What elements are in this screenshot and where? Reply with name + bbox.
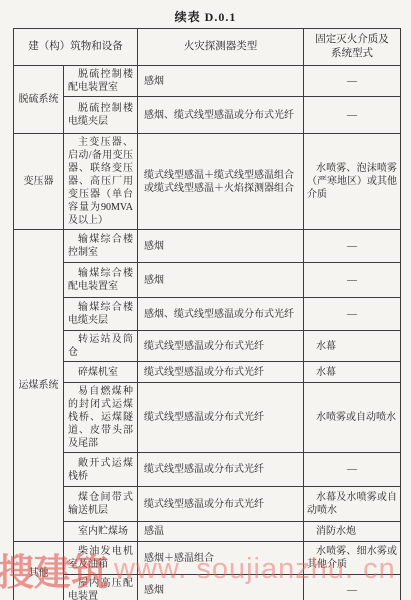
table-row: 室内贮煤场 感温 消防水炮 xyxy=(14,522,401,542)
item-cell: 室内贮煤场 xyxy=(64,522,138,542)
table-row: 碎煤机室 缆式线型感温或分布式光纤 水幕 xyxy=(14,362,401,383)
media-cell: — xyxy=(304,230,401,263)
table-row: 脱硫控制楼电缆夹层 感烟、缆式线型感温或分布式光纤 — xyxy=(14,97,401,134)
item-cell: 主变压器、启动/备用变压器、联络变压器、高压厂用变压器（单台容量为90MVA 及… xyxy=(64,134,138,230)
fire-protection-table: 建（构）筑物和设备 火灾探测器类型 固定灭火介质及系统型式 脱硫系统 脱硫控制楼… xyxy=(13,28,401,600)
media-cell: 消防水炮 xyxy=(304,522,401,542)
detector-cell: 感烟、缆式线型感温或分布式光纤 xyxy=(138,97,304,134)
table-row: 输煤综合楼配电装置室 感烟 — xyxy=(14,263,401,298)
media-cell: — xyxy=(304,97,401,134)
table-row: 易自燃煤种的封闭式运煤栈桥、运煤隧道、皮带头部及尾部 缆式线型感温或分布式光纤 … xyxy=(14,383,401,453)
table-row: 脱硫系统 脱硫控制楼配电装置室 感烟 — xyxy=(14,66,401,97)
media-cell: 水喷雾、细水雾或其他介质 xyxy=(304,542,401,575)
detector-cell: 感烟 xyxy=(138,230,304,263)
table-row: 屋内高压配电装置 感烟 — xyxy=(14,575,401,600)
detector-cell: 缆式线型感温或分布式光纤 xyxy=(138,383,304,453)
header-media: 固定灭火介质及系统型式 xyxy=(304,29,401,66)
detector-cell: 感烟 xyxy=(138,575,304,600)
media-cell: — xyxy=(304,298,401,331)
item-cell: 脱硫控制楼电缆夹层 xyxy=(64,97,138,134)
item-cell: 柴油发电机室及油箱 xyxy=(64,542,138,575)
item-cell: 转运站及筒仓 xyxy=(64,331,138,362)
detector-cell: 缆式线型感温或分布式光纤 xyxy=(138,331,304,362)
table-row: 变压器 主变压器、启动/备用变压器、联络变压器、高压厂用变压器（单台容量为90M… xyxy=(14,134,401,230)
item-cell: 输煤综合楼电缆夹层 xyxy=(64,298,138,331)
detector-cell: 感烟＋感温组合 xyxy=(138,542,304,575)
media-cell: 水喷雾、泡沫喷雾（严寒地区）或其他介质 xyxy=(304,134,401,230)
detector-cell: 感烟、缆式线型感温或分布式光纤 xyxy=(138,298,304,331)
header-detector: 火灾探测器类型 xyxy=(138,29,304,66)
item-cell: 敞开式运煤栈桥 xyxy=(64,453,138,487)
item-cell: 输煤综合楼控制室 xyxy=(64,230,138,263)
detector-cell: 缆式线型感温或分布式光纤 xyxy=(138,487,304,522)
header-row: 建（构）筑物和设备 火灾探测器类型 固定灭火介质及系统型式 xyxy=(14,29,401,66)
detector-cell: 感烟 xyxy=(138,66,304,97)
table-row: 输煤综合楼电缆夹层 感烟、缆式线型感温或分布式光纤 — xyxy=(14,298,401,331)
detector-cell: 缆式线型感温或分布式光纤 xyxy=(138,453,304,487)
item-cell: 易自燃煤种的封闭式运煤栈桥、运煤隧道、皮带头部及尾部 xyxy=(64,383,138,453)
table-title: 续表 D.0.1 xyxy=(0,8,411,25)
document-page: 续表 D.0.1 建（构）筑物和设备 火灾探测器类型 固定灭火介质及系统型式 脱… xyxy=(0,0,411,600)
detector-cell: 感温 xyxy=(138,522,304,542)
header-building: 建（构）筑物和设备 xyxy=(14,29,138,66)
item-cell: 碎煤机室 xyxy=(64,362,138,383)
media-cell: — xyxy=(304,263,401,298)
media-cell: 水幕及水喷雾或自动喷水 xyxy=(304,487,401,522)
detector-cell: 缆式线型感温＋缆式线型感温组合或缆式线型感温＋火焰探测器组合 xyxy=(138,134,304,230)
table-row: 转运站及筒仓 缆式线型感温或分布式光纤 水幕 xyxy=(14,331,401,362)
group-label: 其他 xyxy=(14,542,64,600)
table-row: 敞开式运煤栈桥 缆式线型感温或分布式光纤 — xyxy=(14,453,401,487)
media-cell: — xyxy=(304,453,401,487)
media-cell: — xyxy=(304,66,401,97)
media-cell: 水幕 xyxy=(304,331,401,362)
table-row: 煤仓间带式输送机层 缆式线型感温或分布式光纤 水幕及水喷雾或自动喷水 xyxy=(14,487,401,522)
group-label: 变压器 xyxy=(14,134,64,230)
group-label: 运煤系统 xyxy=(14,230,64,542)
table-row: 其他 柴油发电机室及油箱 感烟＋感温组合 水喷雾、细水雾或其他介质 xyxy=(14,542,401,575)
item-cell: 屋内高压配电装置 xyxy=(64,575,138,600)
table-row: 运煤系统 输煤综合楼控制室 感烟 — xyxy=(14,230,401,263)
detector-cell: 缆式线型感温或分布式光纤 xyxy=(138,362,304,383)
media-cell: 水喷雾或自动喷水 xyxy=(304,383,401,453)
group-label: 脱硫系统 xyxy=(14,66,64,134)
item-cell: 煤仓间带式输送机层 xyxy=(64,487,138,522)
detector-cell: 感烟 xyxy=(138,263,304,298)
media-cell: — xyxy=(304,575,401,600)
media-cell: 水幕 xyxy=(304,362,401,383)
item-cell: 输煤综合楼配电装置室 xyxy=(64,263,138,298)
item-cell: 脱硫控制楼配电装置室 xyxy=(64,66,138,97)
